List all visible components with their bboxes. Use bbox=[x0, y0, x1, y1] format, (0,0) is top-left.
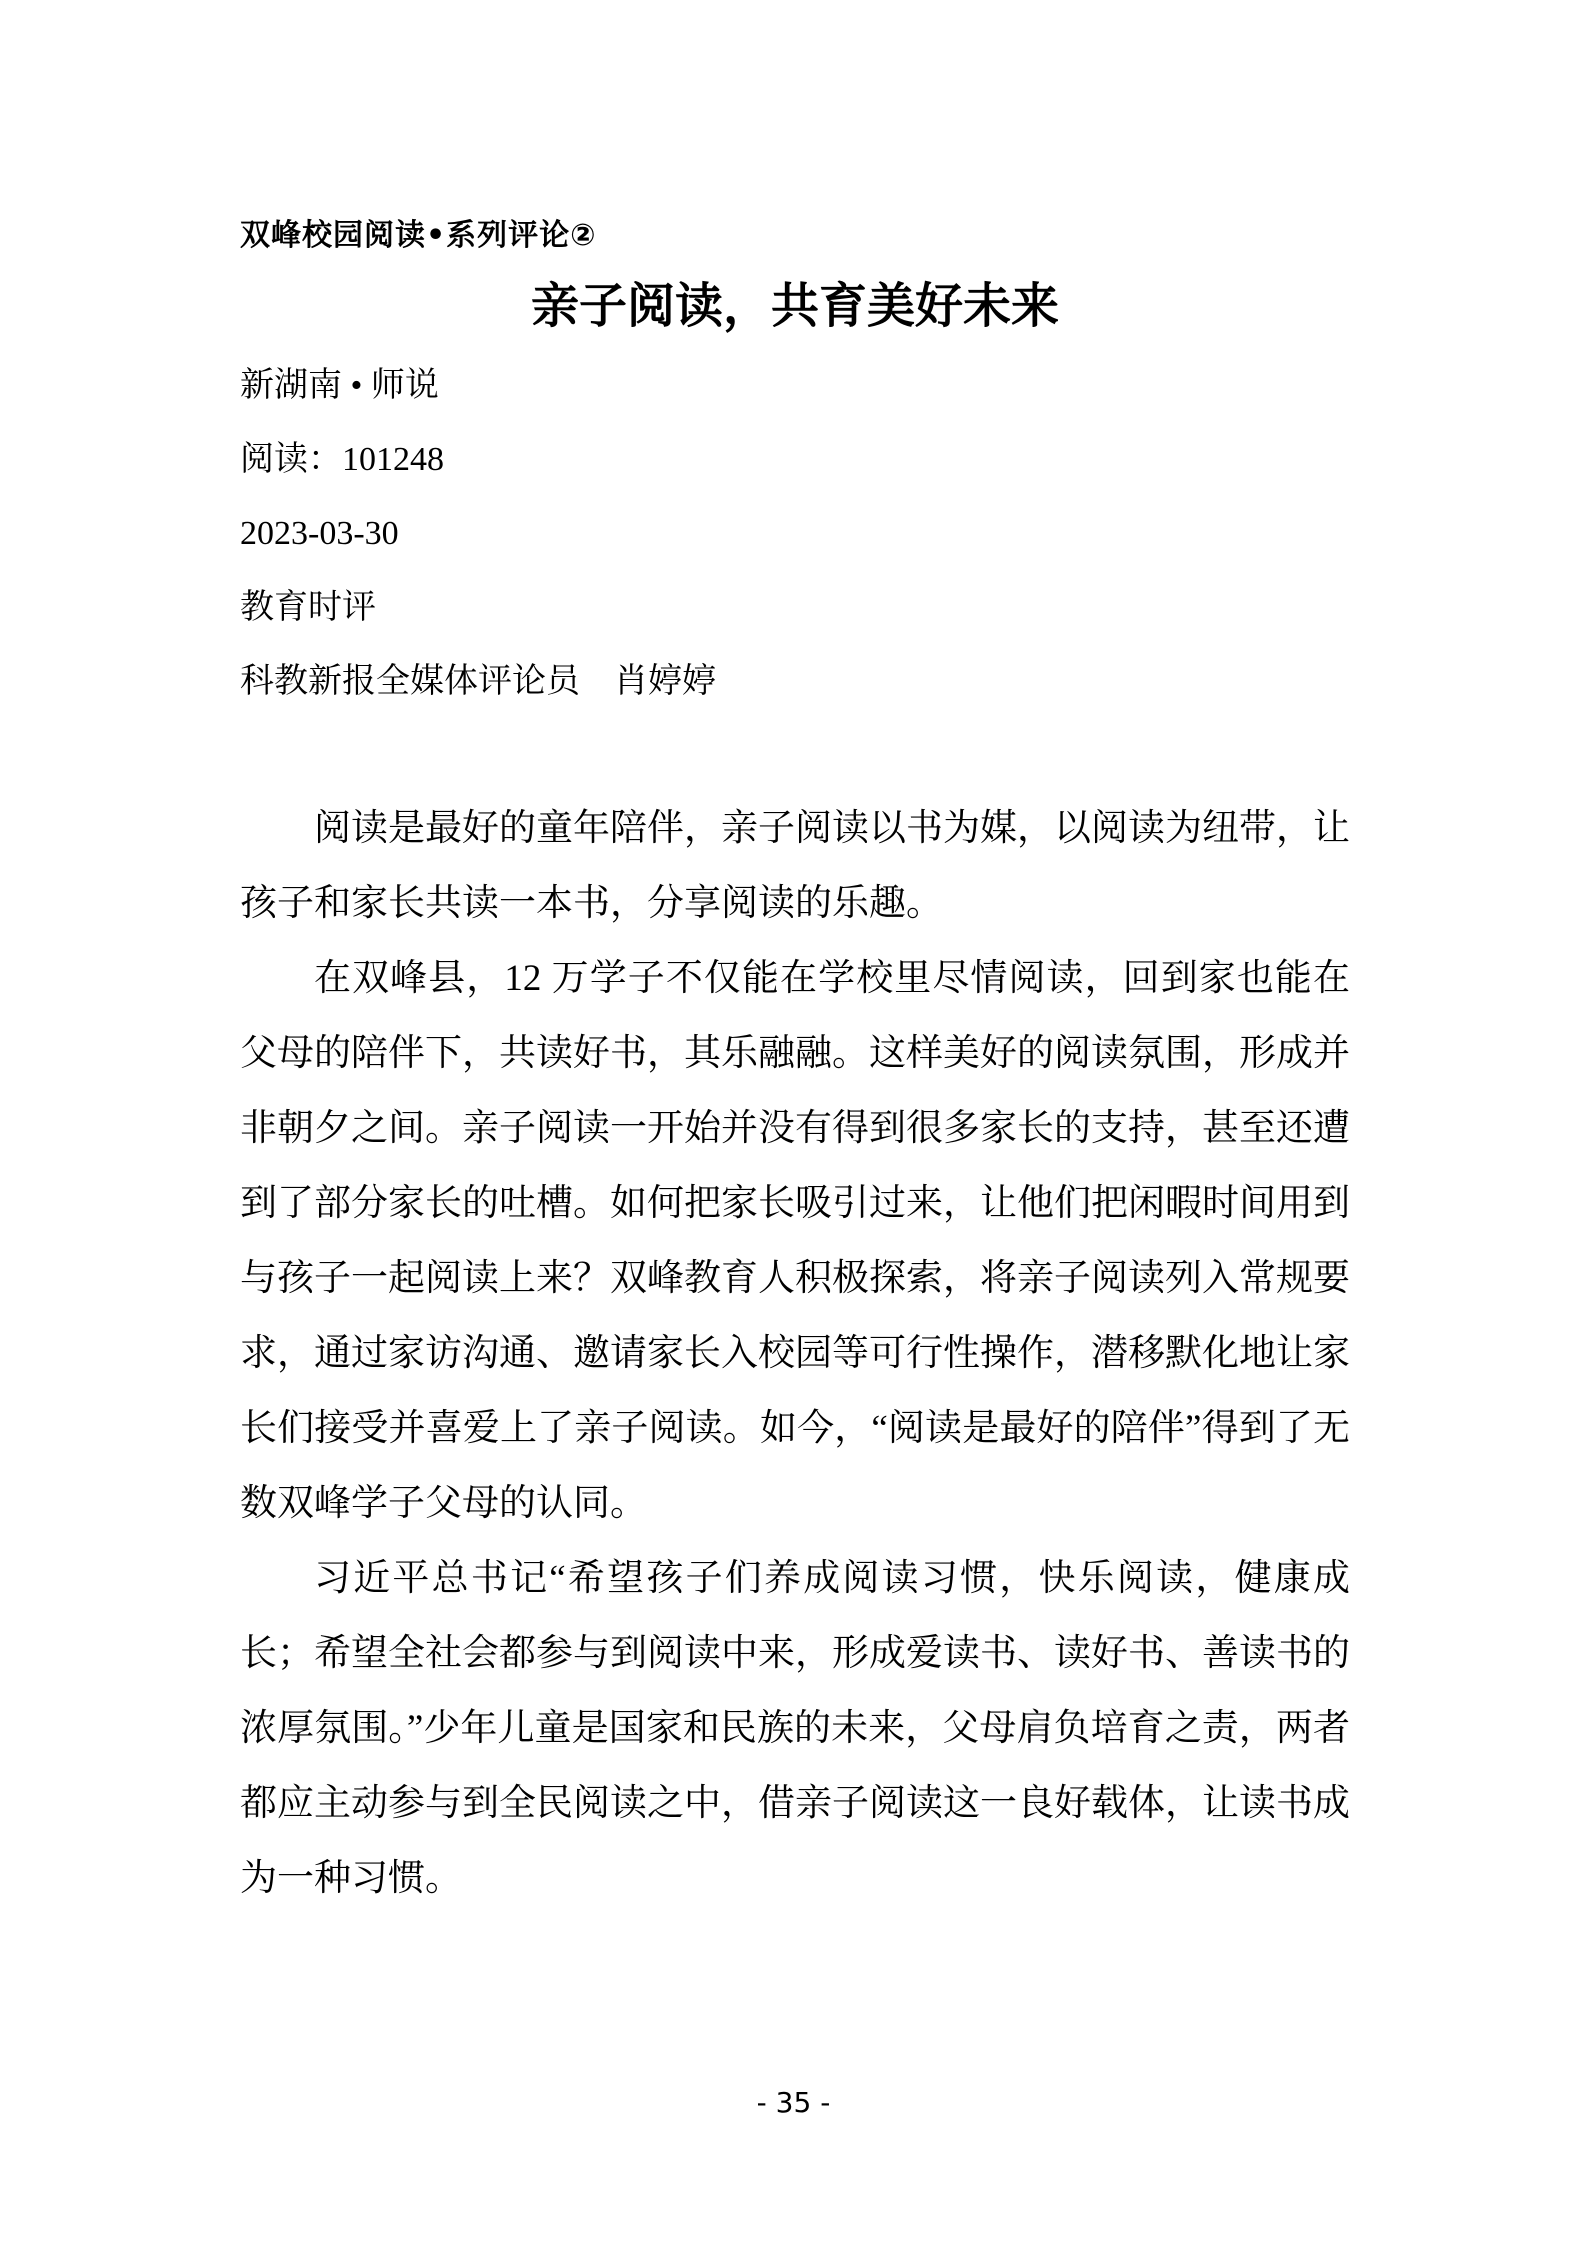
meta-author: 科教新报全媒体评论员 肖婷婷 bbox=[240, 645, 1350, 719]
meta-column: 教育时评 bbox=[240, 571, 1350, 645]
page-content: 双峰校园阅读•系列评论② 亲子阅读，共育美好未来 新湖南 • 师说 阅读：101… bbox=[240, 0, 1350, 1916]
article-body: 阅读是最好的童年陪伴，亲子阅读以书为媒，以阅读为纽带，让孩子和家长共读一本书，分… bbox=[240, 791, 1350, 1916]
series-header-tag: 双峰校园阅读•系列评论② bbox=[240, 0, 1350, 257]
page-number: - 35 - bbox=[0, 2085, 1587, 2121]
paragraph-1: 阅读是最好的童年陪伴，亲子阅读以书为媒，以阅读为纽带，让孩子和家长共读一本书，分… bbox=[240, 791, 1350, 941]
meta-read-count: 阅读：101248 bbox=[240, 423, 1350, 497]
paragraph-3: 习近平总书记“希望孩子们养成阅读习惯，快乐阅读，健康成长；希望全社会都参与到阅读… bbox=[240, 1541, 1350, 1916]
paragraph-2: 在双峰县，12 万学子不仅能在学校里尽情阅读，回到家也能在父母的陪伴下，共读好书… bbox=[240, 941, 1350, 1541]
document-page: 双峰校园阅读•系列评论② 亲子阅读，共育美好未来 新湖南 • 师说 阅读：101… bbox=[0, 0, 1587, 2245]
meta-date: 2023-03-30 bbox=[240, 497, 1350, 571]
article-meta: 新湖南 • 师说 阅读：101248 2023-03-30 教育时评 科教新报全… bbox=[240, 349, 1350, 719]
article-title: 亲子阅读，共育美好未来 bbox=[240, 279, 1350, 335]
meta-source: 新湖南 • 师说 bbox=[240, 349, 1350, 423]
